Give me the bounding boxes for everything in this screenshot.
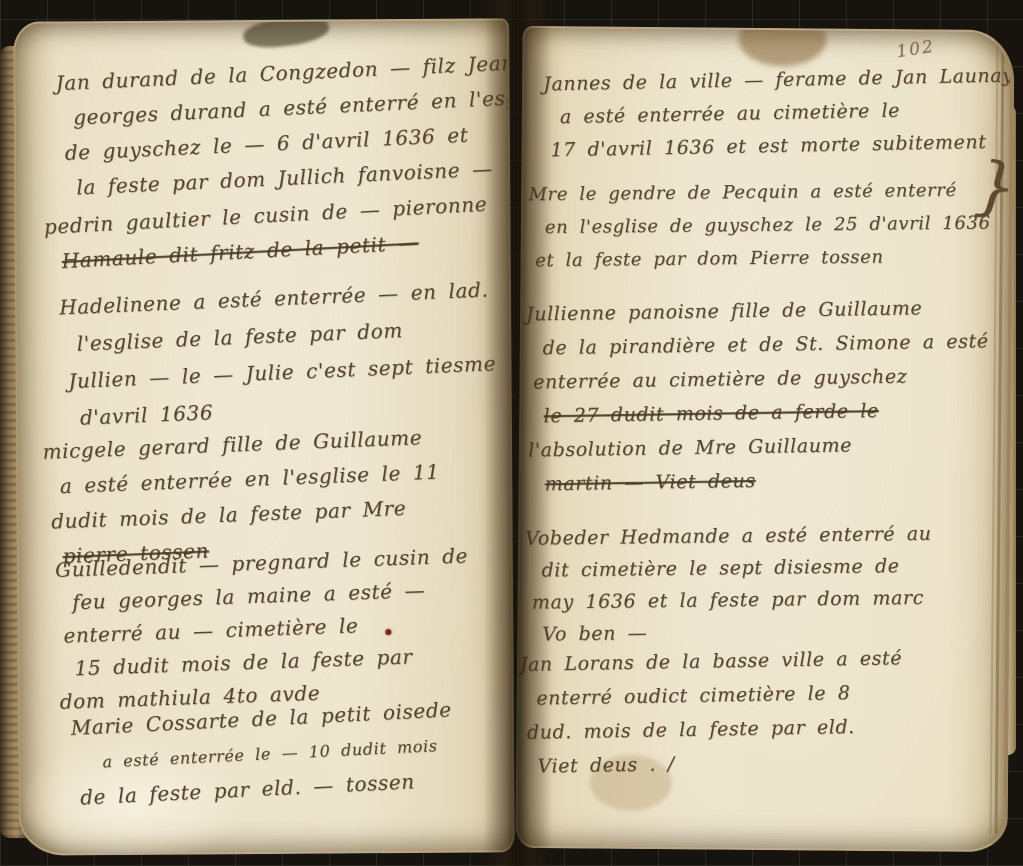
brown-stain [738, 26, 826, 67]
register-entry: Mre le gendre de Pecquin a esté enterré … [528, 174, 985, 278]
manuscript-line: Mre le gendre de Pecquin a esté enterré [528, 174, 984, 212]
manuscript-line: Vobeder Hedmande a esté enterré au [525, 517, 981, 555]
register-entry: Jan Lorans de la basse ville a esté ente… [519, 640, 977, 784]
register-entry: Jan durand de la Congzedon — filz Jean g… [55, 46, 515, 207]
page-number: 102 [895, 37, 936, 62]
manuscript-line: de la pirandière et de St. Simone a esté [542, 324, 982, 365]
manuscript-line: en l'esglise de guyschez le 25 d'avril 1… [545, 207, 985, 245]
manuscript-line: martin — Viet deus [544, 460, 984, 501]
register-entry: Hadelinene a esté enterrée — en lad. l'e… [59, 270, 515, 437]
register-entry: Vobeder Hedmande a esté enterré au dit c… [525, 517, 983, 651]
left-page: Jan durand de la Congzedon — filz Jean g… [13, 18, 515, 855]
manuscript-line: et la feste par dom Pierre tossen [535, 240, 985, 278]
register-entry: Jullienne panoisne fille de Guillaume de… [526, 290, 985, 501]
register-entry: Marie Cossarte de la petit oisede a esté… [70, 689, 515, 816]
register-entry: Jannes de la ville — ferame de Jan Launa… [543, 60, 1001, 168]
background-mat: Jan durand de la Congzedon — filz Jean g… [0, 0, 1023, 866]
ink-smudge [242, 18, 331, 51]
manuscript-line: may 1636 et la feste par dom marc [532, 581, 982, 618]
manuscript-line: Viet deus . / [537, 742, 978, 784]
manuscript-line: dit cimetière le sept disiesme de [541, 549, 981, 586]
right-page: 102 } Jannes de la ville — ferame de Jan… [515, 26, 1014, 852]
